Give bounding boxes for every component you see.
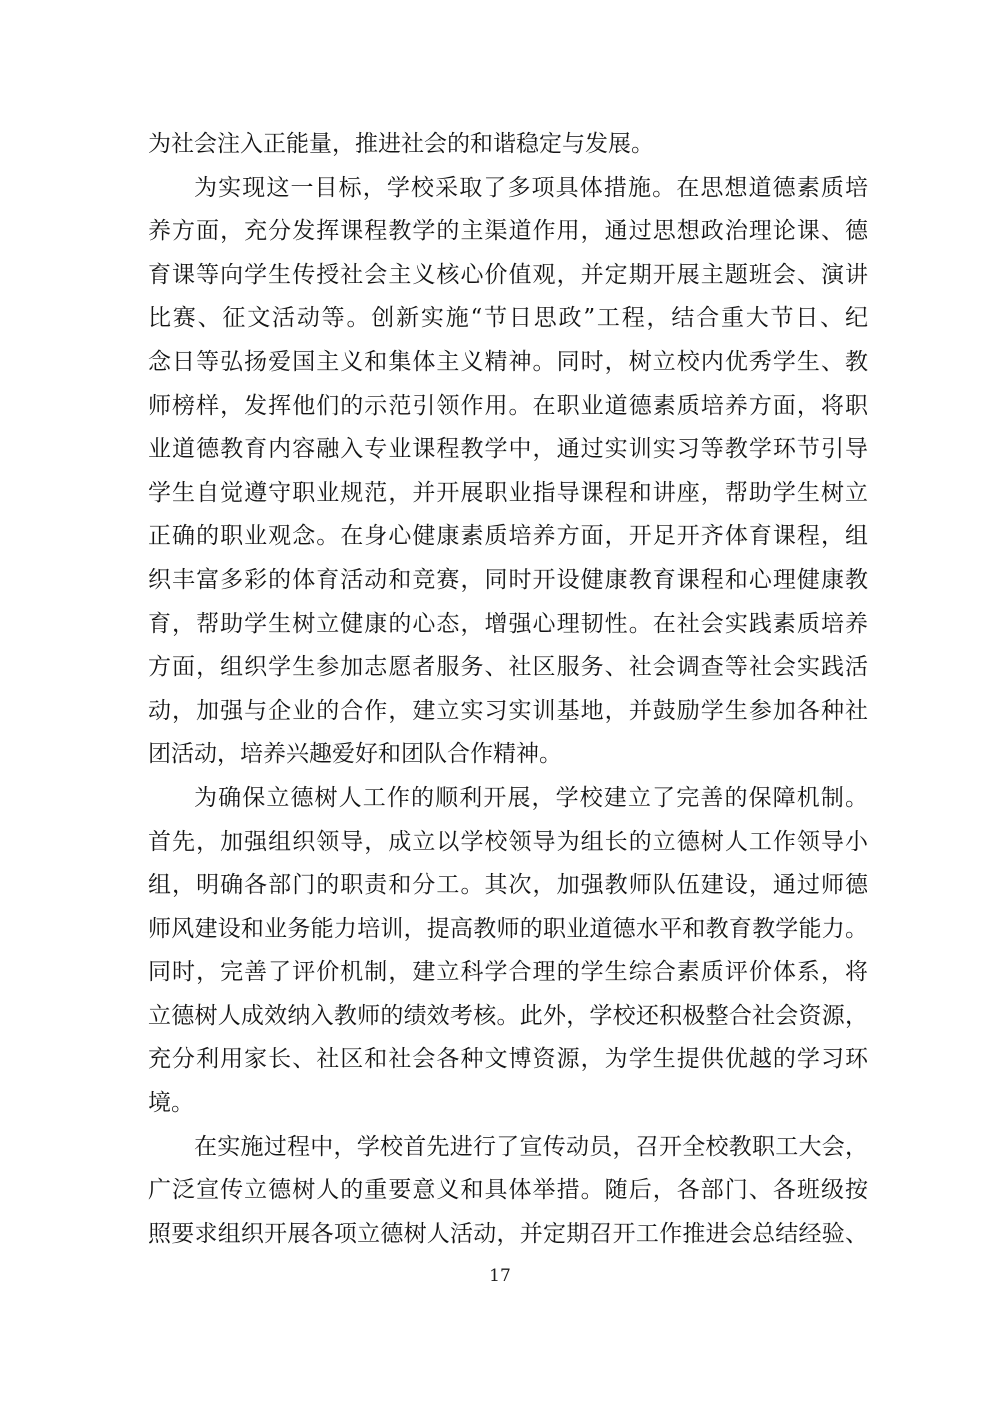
- text-line: 念日等弘扬爱国主义和集体主义精神。同时，树立校内优秀学生、教: [148, 341, 868, 385]
- text-line: 境。: [148, 1082, 868, 1126]
- page-number: 17: [0, 1266, 1000, 1286]
- text-line: 照要求组织开展各项立德树人活动，并定期召开工作推进会总结经验、: [148, 1213, 868, 1257]
- text-line: 广泛宣传立德树人的重要意义和具体举措。随后，各部门、各班级按: [148, 1169, 868, 1213]
- text-line: 充分利用家长、社区和社会各种文博资源，为学生提供优越的学习环: [148, 1038, 868, 1082]
- document-body: 为社会注入正能量，推进社会的和谐稳定与发展。 为实现这一目标，学校采取了多项具体…: [148, 123, 868, 1256]
- text-line: 首先，加强组织领导，成立以学校领导为组长的立德树人工作领导小: [148, 821, 868, 865]
- text-line: 为社会注入正能量，推进社会的和谐稳定与发展。: [148, 123, 868, 167]
- text-line: 织丰富多彩的体育活动和竞赛，同时开设健康教育课程和心理健康教: [148, 559, 868, 603]
- text-line: 动，加强与企业的合作，建立实习实训基地，并鼓励学生参加各种社: [148, 690, 868, 734]
- text-line: 同时，完善了评价机制，建立科学合理的学生综合素质评价体系，将: [148, 951, 868, 995]
- document-page: 为社会注入正能量，推进社会的和谐稳定与发展。 为实现这一目标，学校采取了多项具体…: [0, 0, 1000, 1414]
- text-line: 团活动，培养兴趣爱好和团队合作精神。: [148, 733, 868, 777]
- text-line: 师榜样，发挥他们的示范引领作用。在职业道德素质培养方面，将职: [148, 385, 868, 429]
- text-line: 为实现这一目标，学校采取了多项具体措施。在思想道德素质培: [148, 167, 868, 211]
- text-line: 业道德教育内容融入专业课程教学中，通过实训实习等教学环节引导: [148, 428, 868, 472]
- text-line: 方面，组织学生参加志愿者服务、社区服务、社会调查等社会实践活: [148, 646, 868, 690]
- text-line: 学生自觉遵守职业规范，并开展职业指导课程和讲座，帮助学生树立: [148, 472, 868, 516]
- text-line: 组，明确各部门的职责和分工。其次，加强教师队伍建设，通过师德: [148, 864, 868, 908]
- text-line: 比赛、征文活动等。创新实施“节日思政”工程，结合重大节日、纪: [148, 297, 868, 341]
- text-line: 师风建设和业务能力培训，提高教师的职业道德水平和教育教学能力。: [148, 908, 868, 952]
- text-line: 为确保立德树人工作的顺利开展，学校建立了完善的保障机制。: [148, 777, 868, 821]
- text-line: 育，帮助学生树立健康的心态，增强心理韧性。在社会实践素质培养: [148, 603, 868, 647]
- text-line: 在实施过程中，学校首先进行了宣传动员，召开全校教职工大会，: [148, 1126, 868, 1170]
- text-line: 正确的职业观念。在身心健康素质培养方面，开足开齐体育课程，组: [148, 515, 868, 559]
- text-line: 立德树人成效纳入教师的绩效考核。此外，学校还积极整合社会资源，: [148, 995, 868, 1039]
- text-line: 育课等向学生传授社会主义核心价值观，并定期开展主题班会、演讲: [148, 254, 868, 298]
- text-line: 养方面，充分发挥课程教学的主渠道作用，通过思想政治理论课、德: [148, 210, 868, 254]
